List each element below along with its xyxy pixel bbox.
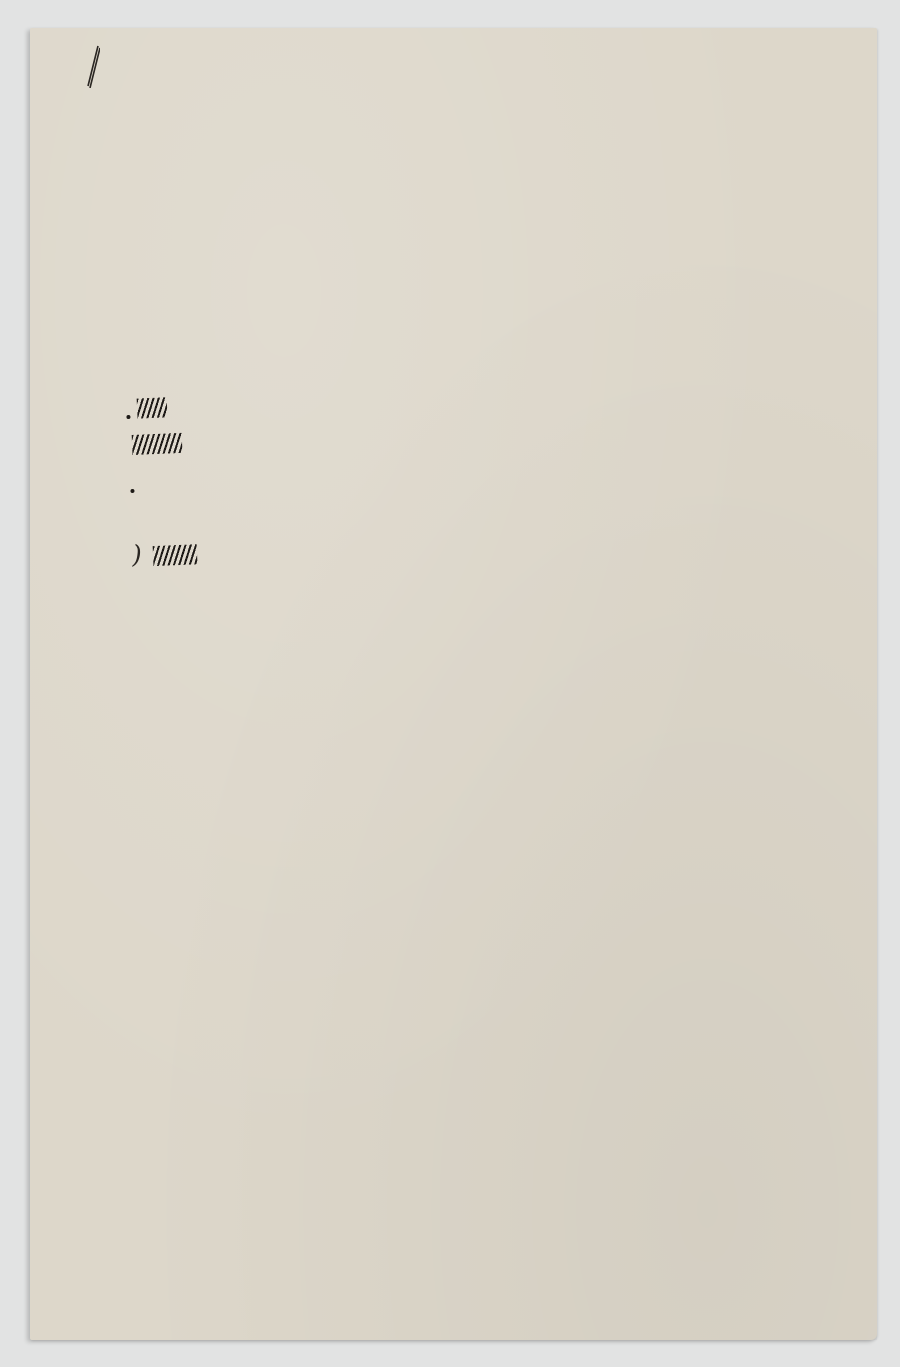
text-line	[131, 426, 182, 457]
scribble-deletion	[152, 544, 197, 566]
page-number-double-slash	[86, 44, 100, 88]
scribble-deletion	[132, 432, 183, 454]
scribble-deletion	[137, 397, 168, 418]
text-line	[127, 390, 168, 421]
text-line: )	[131, 537, 197, 569]
manuscript-page	[30, 28, 877, 1340]
